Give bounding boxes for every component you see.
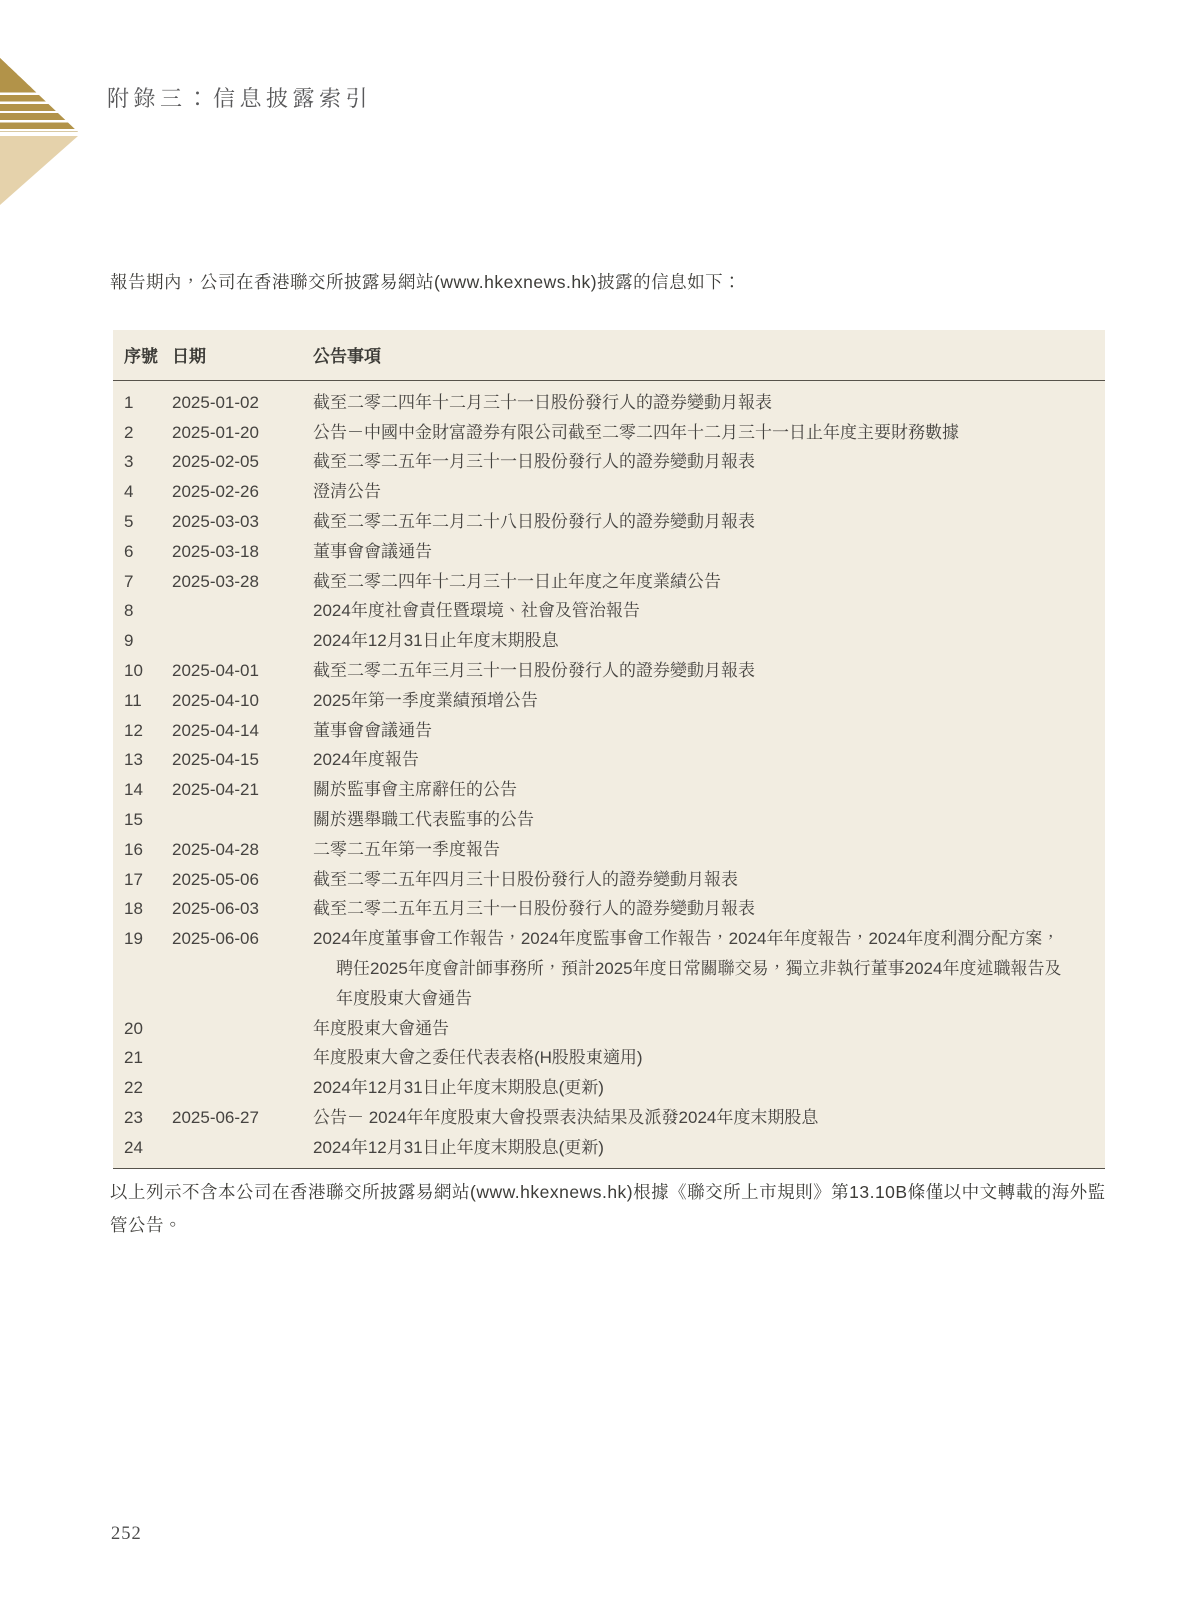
row-announcement: 年度股東大會通告 — [313, 1014, 1095, 1044]
row-date: 2025-02-26 — [172, 477, 313, 507]
row-number: 18 — [124, 894, 172, 924]
table-row: 222024年12月31日止年度末期股息(更新) — [124, 1073, 1095, 1103]
row-date: 2025-04-28 — [172, 835, 313, 865]
row-announcement: 公告－中國中金財富證券有限公司截至二零二四年十二月三十一日止年度主要財務數據 — [313, 418, 1095, 448]
row-number: 6 — [124, 537, 172, 567]
row-announcement: 2024年12月31日止年度末期股息(更新) — [313, 1073, 1095, 1103]
row-date: 2025-03-28 — [172, 567, 313, 597]
row-date: 2025-04-14 — [172, 716, 313, 746]
table-row: 62025-03-18董事會會議通告 — [124, 537, 1095, 567]
row-date: 2025-06-06 — [172, 924, 313, 1013]
row-date — [172, 626, 313, 656]
table-row: 32025-02-05截至二零二五年一月三十一日股份發行人的證券變動月報表 — [124, 447, 1095, 477]
table-row: 232025-06-27公告－ 2024年年度股東大會投票表決結果及派發2024… — [124, 1103, 1095, 1133]
table-row: 42025-02-26澄清公告 — [124, 477, 1095, 507]
table-row: 22025-01-20公告－中國中金財富證券有限公司截至二零二四年十二月三十一日… — [124, 418, 1095, 448]
table-row: 15關於選舉職工代表監事的公告 — [124, 805, 1095, 835]
row-number: 21 — [124, 1043, 172, 1073]
row-number: 24 — [124, 1133, 172, 1163]
row-date: 2025-06-27 — [172, 1103, 313, 1133]
table-row: 21年度股東大會之委任代表表格(H股股東適用) — [124, 1043, 1095, 1073]
row-announcement: 截至二零二四年十二月三十一日股份發行人的證券變動月報表 — [313, 388, 1095, 418]
document-page: 附錄三：信息披露索引 報告期內，公司在香港聯交所披露易網站(www.hkexne… — [0, 0, 1190, 1615]
row-announcement: 董事會會議通告 — [313, 537, 1095, 567]
table-row: 132025-04-152024年度報告 — [124, 745, 1095, 775]
row-date — [172, 596, 313, 626]
row-number: 22 — [124, 1073, 172, 1103]
row-date: 2025-03-18 — [172, 537, 313, 567]
table-row: 162025-04-28二零二五年第一季度報告 — [124, 835, 1095, 865]
row-date: 2025-01-02 — [172, 388, 313, 418]
row-announcement: 截至二零二五年三月三十一日股份發行人的證券變動月報表 — [313, 656, 1095, 686]
row-announcement: 澄清公告 — [313, 477, 1095, 507]
row-date: 2025-06-03 — [172, 894, 313, 924]
corner-logo-tan-triangle-icon — [0, 136, 78, 205]
row-announcement: 截至二零二五年四月三十日股份發行人的證券變動月報表 — [313, 865, 1095, 895]
column-header-no: 序號 — [124, 342, 172, 372]
row-number: 23 — [124, 1103, 172, 1133]
row-announcement: 截至二零二五年二月二十八日股份發行人的證券變動月報表 — [313, 507, 1095, 537]
row-date — [172, 1133, 313, 1163]
row-number: 9 — [124, 626, 172, 656]
row-date — [172, 1043, 313, 1073]
table-row: 72025-03-28截至二零二四年十二月三十一日止年度之年度業績公告 — [124, 567, 1095, 597]
row-announcement: 董事會會議通告 — [313, 716, 1095, 746]
row-number: 5 — [124, 507, 172, 537]
row-announcement: 2024年度董事會工作報告，2024年度監事會工作報告，2024年年度報告，20… — [313, 924, 1095, 1013]
intro-text: 報告期內，公司在香港聯交所披露易網站(www.hkexnews.hk)披露的信息… — [110, 270, 1110, 294]
row-announcement: 公告－ 2024年年度股東大會投票表決結果及派發2024年度末期股息 — [313, 1103, 1095, 1133]
disclosure-index-table: 序號 日期 公告事項 12025-01-02截至二零二四年十二月三十一日股份發行… — [113, 330, 1105, 1169]
table-body: 12025-01-02截至二零二四年十二月三十一日股份發行人的證券變動月報表22… — [113, 381, 1105, 1169]
table-row: 20年度股東大會通告 — [124, 1014, 1095, 1044]
table-row: 52025-03-03截至二零二五年二月二十八日股份發行人的證券變動月報表 — [124, 507, 1095, 537]
column-header-date: 日期 — [172, 342, 313, 372]
row-announcement: 年度股東大會之委任代表表格(H股股東適用) — [313, 1043, 1095, 1073]
row-date: 2025-04-10 — [172, 686, 313, 716]
row-number: 8 — [124, 596, 172, 626]
row-announcement: 2024年12月31日止年度末期股息(更新) — [313, 1133, 1095, 1163]
row-date: 2025-02-05 — [172, 447, 313, 477]
row-number: 15 — [124, 805, 172, 835]
row-announcement: 二零二五年第一季度報告 — [313, 835, 1095, 865]
row-date: 2025-01-20 — [172, 418, 313, 448]
row-number: 4 — [124, 477, 172, 507]
table-row: 122025-04-14董事會會議通告 — [124, 716, 1095, 746]
row-announcement: 截至二零二四年十二月三十一日止年度之年度業績公告 — [313, 567, 1095, 597]
row-date: 2025-04-21 — [172, 775, 313, 805]
row-announcement: 截至二零二五年一月三十一日股份發行人的證券變動月報表 — [313, 447, 1095, 477]
table-row: 182025-06-03截至二零二五年五月三十一日股份發行人的證券變動月報表 — [124, 894, 1095, 924]
row-number: 12 — [124, 716, 172, 746]
row-announcement: 2024年度社會責任暨環境、社會及管治報告 — [313, 596, 1095, 626]
row-announcement: 關於選舉職工代表監事的公告 — [313, 805, 1095, 835]
row-number: 7 — [124, 567, 172, 597]
row-date — [172, 1073, 313, 1103]
table-row: 102025-04-01截至二零二五年三月三十一日股份發行人的證券變動月報表 — [124, 656, 1095, 686]
row-date: 2025-03-03 — [172, 507, 313, 537]
row-date: 2025-04-01 — [172, 656, 313, 686]
row-number: 10 — [124, 656, 172, 686]
row-number: 14 — [124, 775, 172, 805]
table-row: 12025-01-02截至二零二四年十二月三十一日股份發行人的證券變動月報表 — [124, 388, 1095, 418]
row-number: 19 — [124, 924, 172, 1013]
row-number: 3 — [124, 447, 172, 477]
row-date — [172, 805, 313, 835]
table-row: 172025-05-06截至二零二五年四月三十日股份發行人的證券變動月報表 — [124, 865, 1095, 895]
table-row: 192025-06-062024年度董事會工作報告，2024年度監事會工作報告，… — [124, 924, 1095, 1013]
row-number: 20 — [124, 1014, 172, 1044]
page-title: 附錄三：信息披露索引 — [107, 82, 372, 113]
row-number: 11 — [124, 686, 172, 716]
table-row: 112025-04-102025年第一季度業績預增公告 — [124, 686, 1095, 716]
row-date: 2025-04-15 — [172, 745, 313, 775]
table-header-row: 序號 日期 公告事項 — [113, 330, 1105, 381]
row-announcement: 2025年第一季度業績預增公告 — [313, 686, 1095, 716]
page-number: 252 — [111, 1524, 142, 1545]
table-row: 142025-04-21關於監事會主席辭任的公告 — [124, 775, 1095, 805]
row-announcement: 截至二零二五年五月三十一日股份發行人的證券變動月報表 — [313, 894, 1095, 924]
row-date: 2025-05-06 — [172, 865, 313, 895]
row-announcement: 關於監事會主席辭任的公告 — [313, 775, 1095, 805]
table-row: 242024年12月31日止年度末期股息(更新) — [124, 1133, 1095, 1163]
row-announcement: 2024年12月31日止年度末期股息 — [313, 626, 1095, 656]
table-row: 82024年度社會責任暨環境、社會及管治報告 — [124, 596, 1095, 626]
row-announcement: 2024年度報告 — [313, 745, 1095, 775]
row-number: 13 — [124, 745, 172, 775]
row-number: 17 — [124, 865, 172, 895]
row-number: 1 — [124, 388, 172, 418]
corner-logo-striped-triangle-icon — [0, 58, 78, 132]
table-row: 92024年12月31日止年度末期股息 — [124, 626, 1095, 656]
footnote-text: 以上列示不含本公司在香港聯交所披露易網站(www.hkexnews.hk)根據《… — [110, 1176, 1110, 1242]
row-date — [172, 1014, 313, 1044]
column-header-item: 公告事項 — [313, 342, 1095, 372]
row-number: 16 — [124, 835, 172, 865]
row-number: 2 — [124, 418, 172, 448]
